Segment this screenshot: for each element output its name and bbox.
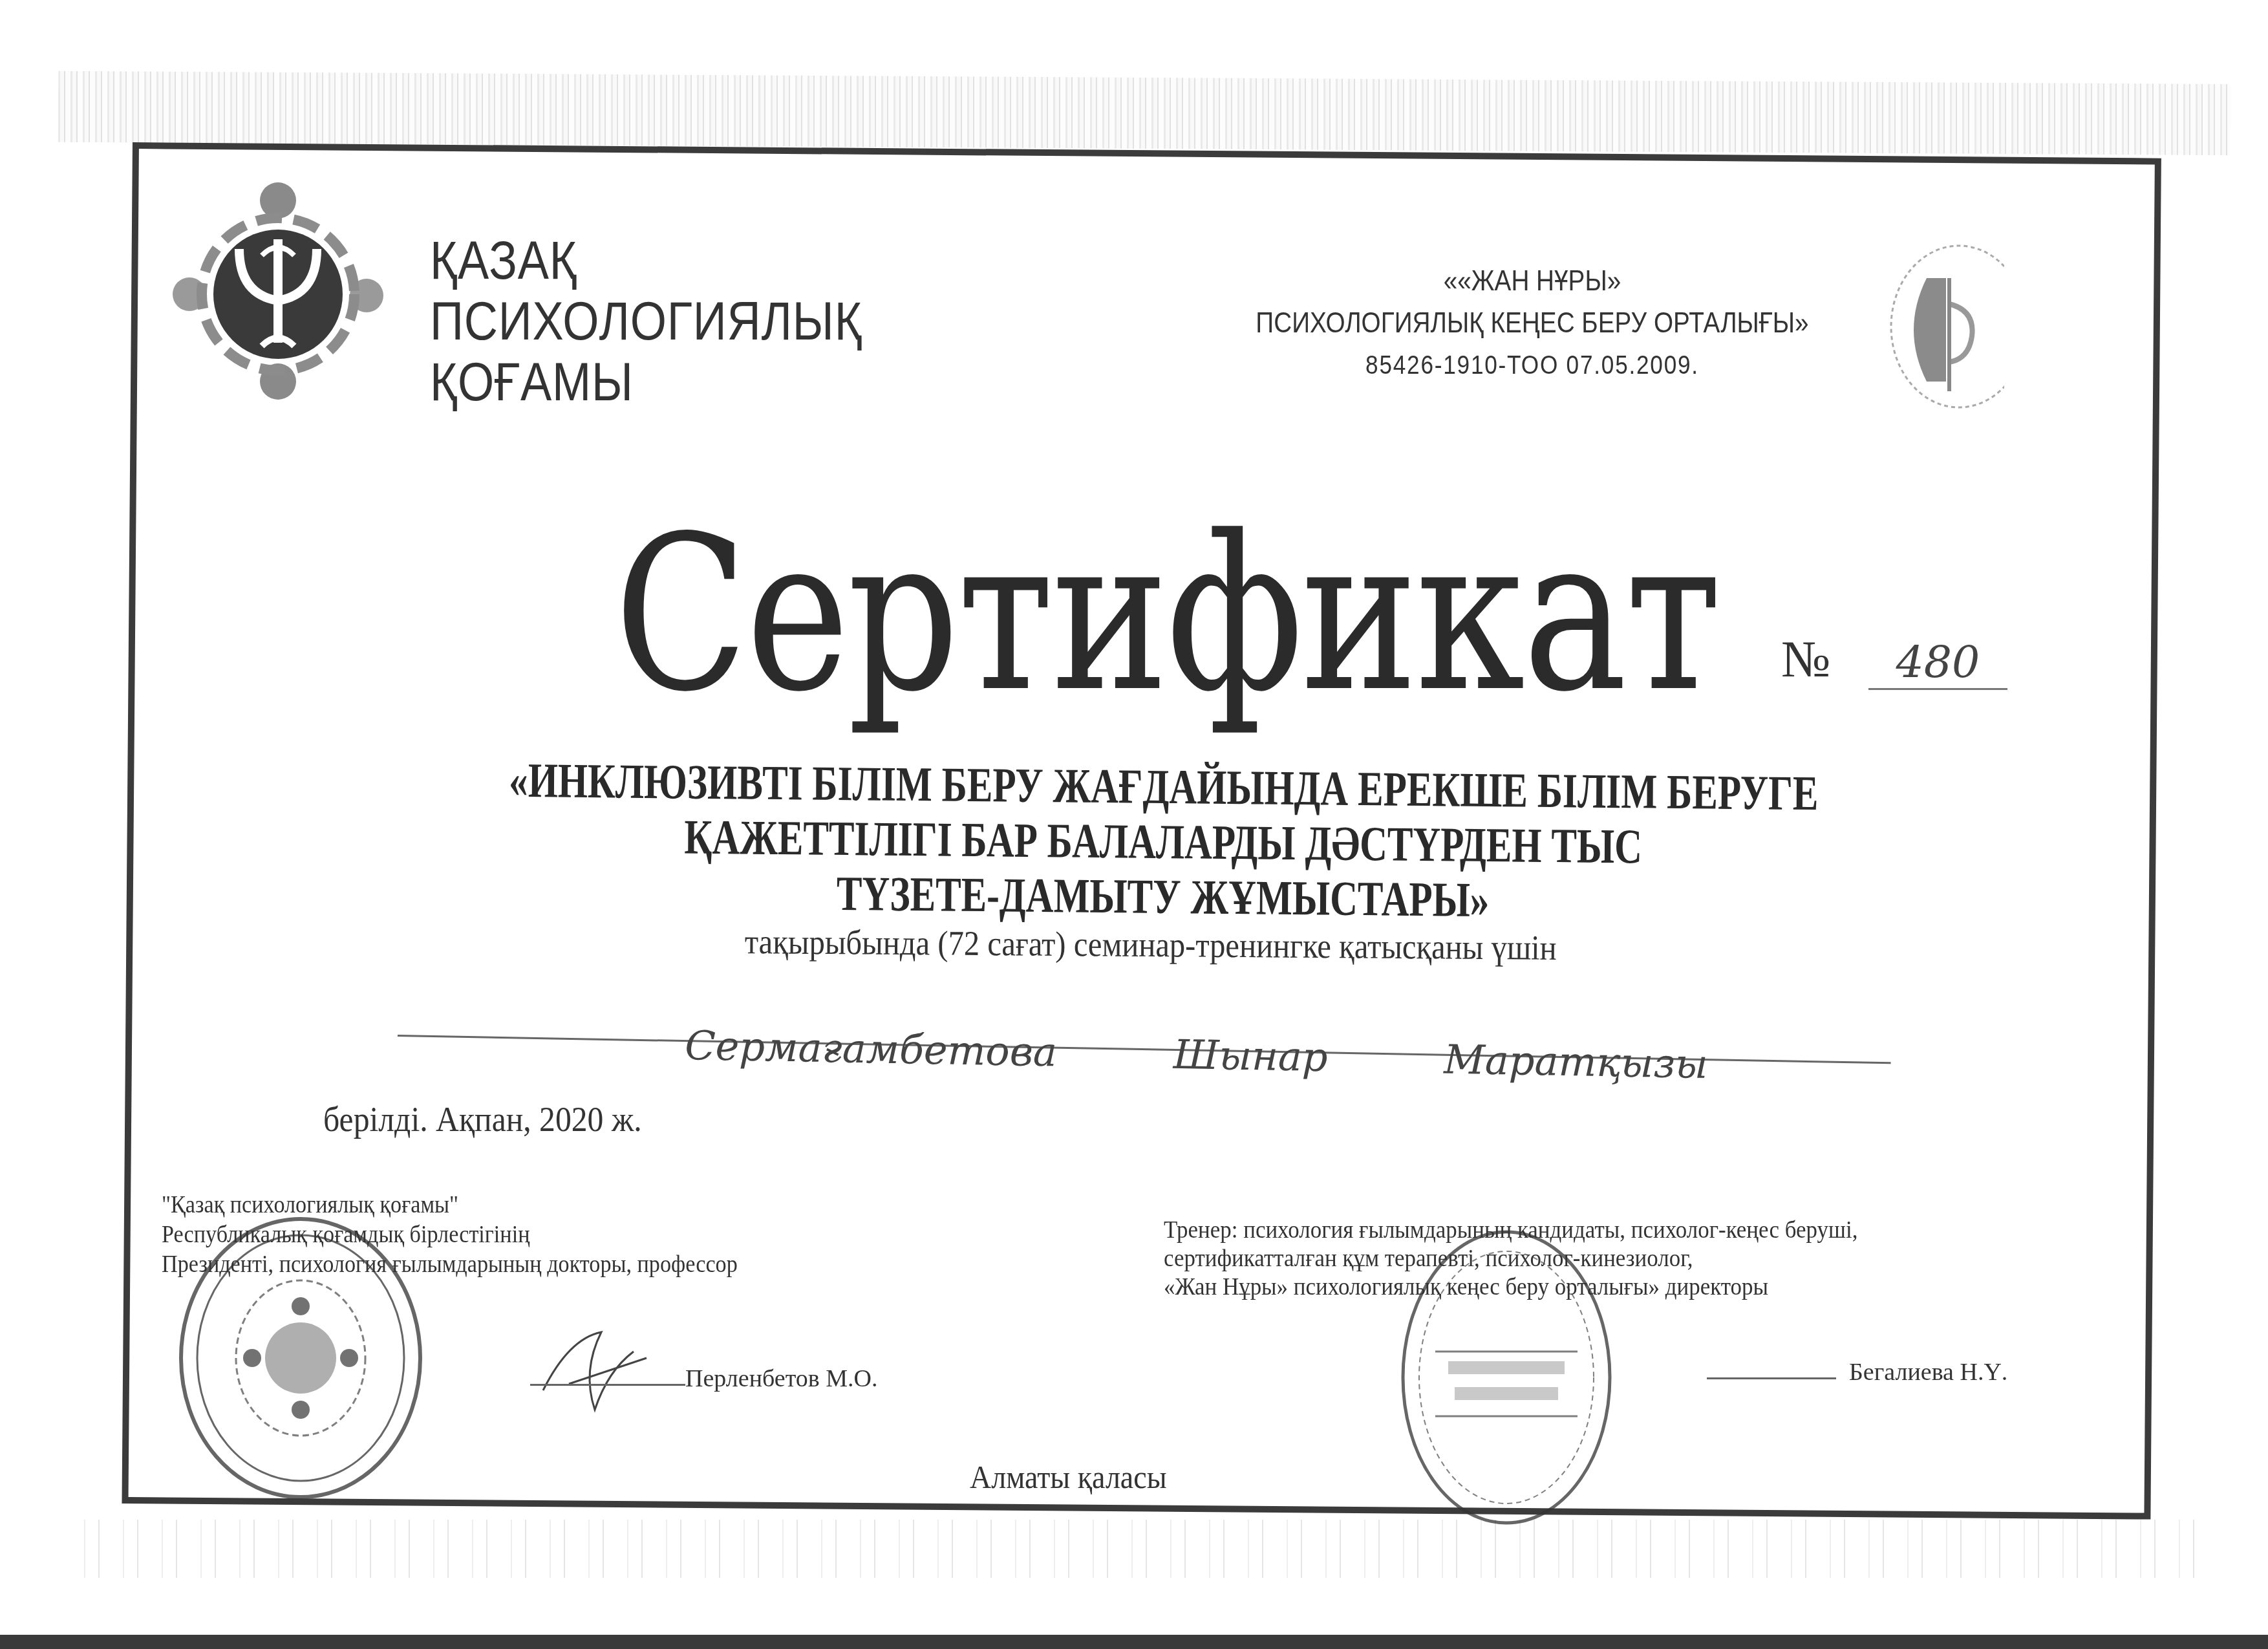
course-title: «ИНКЛЮЗИВТІ БІЛІМ БЕРУ ЖАҒДАЙЫНДА ЕРЕКШЕ… [497, 753, 1830, 932]
handwritten-signature-icon [530, 1319, 685, 1429]
right-signatory-name: Бегалиева Н.Ү. [1849, 1358, 2007, 1386]
right-signatory-line-1: Тренер: психология ғылымдарының кандидат… [1164, 1216, 1857, 1244]
left-signatory-line-2: Республикалық қоғамдық бірлестігінің [162, 1220, 738, 1249]
scan-artifact-bottom [84, 1520, 2218, 1578]
center-header: ««ЖАН НҰРЫ» ПСИХОЛОГИЯЛЫҚ КЕҢЕС БЕРУ ОРТ… [1219, 262, 1845, 385]
right-signatory-title: Тренер: психология ғылымдарының кандидат… [1164, 1216, 1857, 1301]
org-name-line-1: ҚАЗАҚ [430, 230, 862, 290]
jan-nury-emblem-icon [1888, 239, 2004, 414]
certificate-number: 480 [1868, 637, 2007, 690]
city: Алматы қаласы [970, 1458, 1167, 1496]
issue-date: берілді. Ақпан, 2020 ж. [323, 1099, 642, 1139]
org-name-line-2: ПСИХОЛОГИЯЛЫҚ [430, 290, 862, 351]
recipient-patronymic: Маратқызы [1444, 1036, 1708, 1088]
right-signatory-line-3: «Жан Нұры» психологиялық кеңес беру орта… [1164, 1273, 1857, 1301]
recipient-surname: Сермағамбетова [685, 1022, 1058, 1076]
recipient-first-name: Шынар [1173, 1031, 1328, 1081]
left-signatory-name: Перленбетов М.О. [685, 1364, 877, 1393]
scanner-edge [0, 1635, 2268, 1649]
center-subtitle: ПСИХОЛОГИЯЛЫҚ КЕҢЕС БЕРУ ОРТАЛЫҒЫ» [1219, 301, 1845, 346]
certificate-title: Сертификат [614, 491, 1720, 737]
center-name: ««ЖАН НҰРЫ» [1219, 262, 1845, 301]
right-signatory-line-2: сертификатталған құм терапевті, психолог… [1164, 1244, 1857, 1273]
certificate-number-label: № [1781, 630, 1830, 689]
left-signatory-line-1: "Қазақ психологиялық қоғамы" [162, 1190, 738, 1220]
org-name-line-3: ҚОҒАМЫ [430, 351, 862, 412]
left-signature-line [530, 1384, 685, 1386]
left-signatory-title: "Қазақ психологиялық қоғамы" Республикал… [162, 1190, 738, 1279]
left-signatory-line-3: Президенті, психология ғылымдарының докт… [162, 1249, 738, 1279]
organization-name: ҚАЗАҚ ПСИХОЛОГИЯЛЫҚ ҚОҒАМЫ [430, 230, 862, 412]
psi-circle-logo-icon [158, 171, 398, 411]
registration-number: 85426-1910-ТОО 07.05.2009. [1219, 346, 1845, 385]
scan-artifact-top [58, 71, 2231, 156]
right-signature-line [1707, 1377, 1836, 1379]
